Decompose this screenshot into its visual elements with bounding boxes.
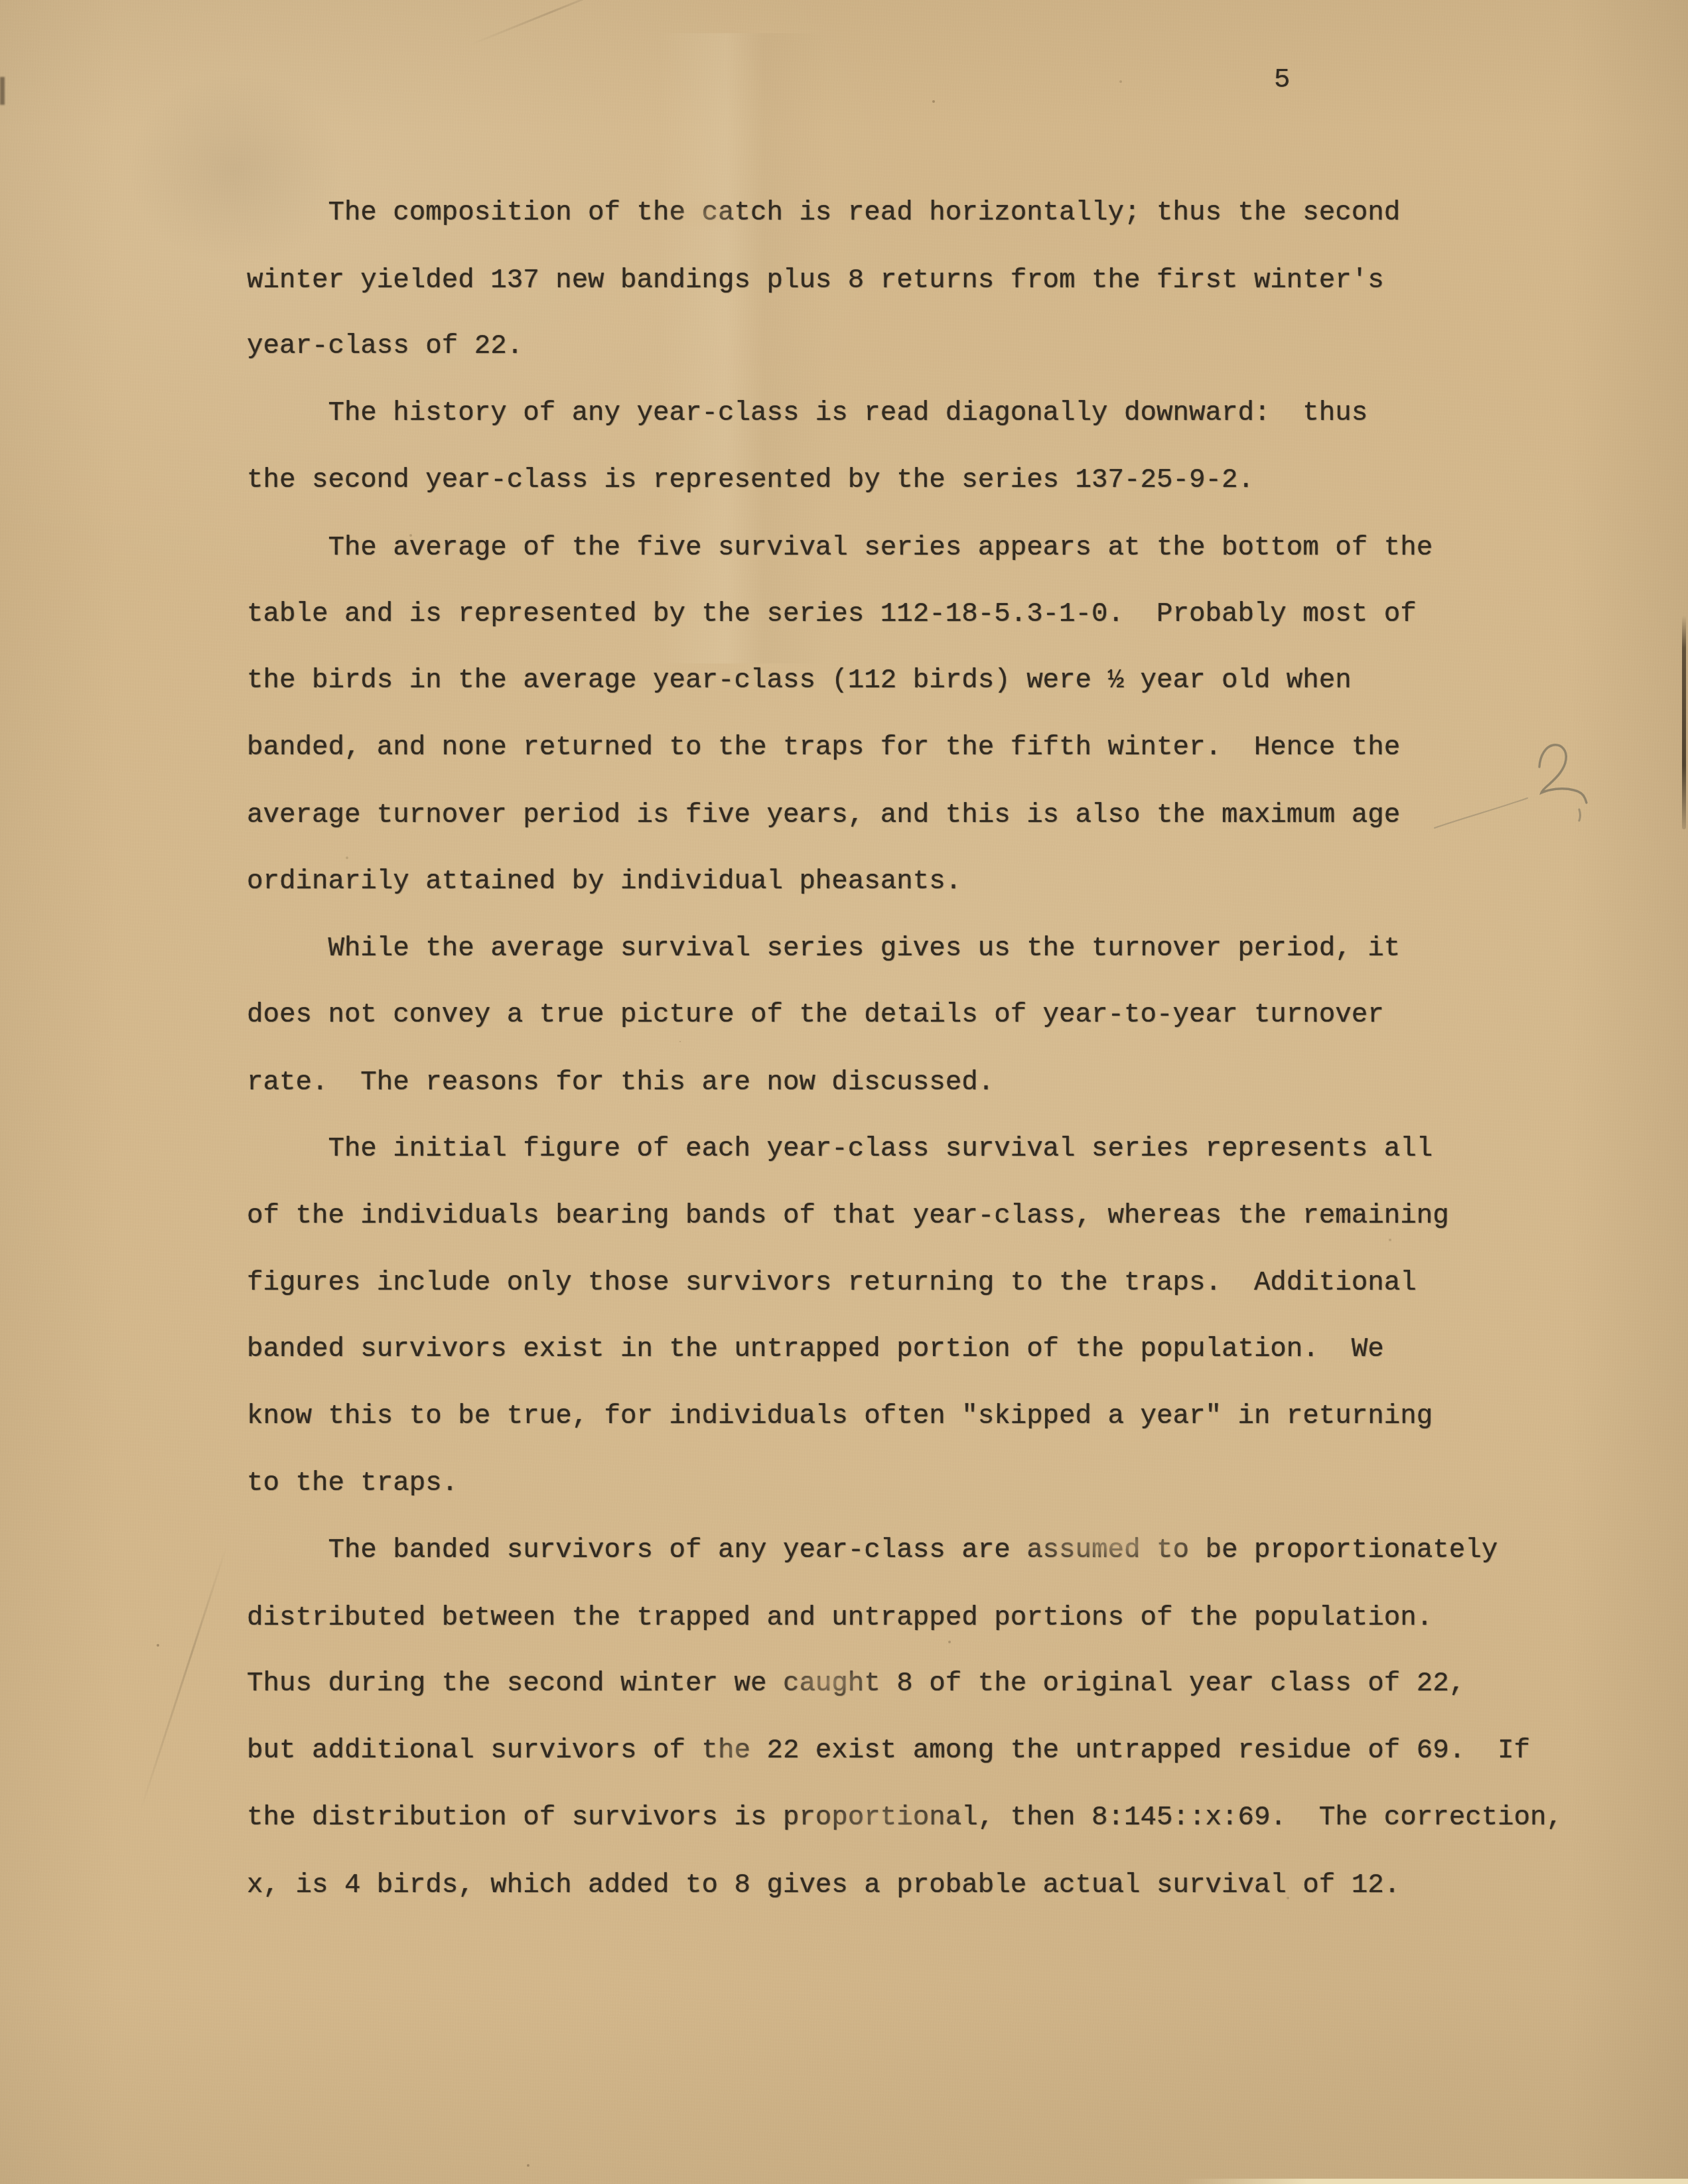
page-number: 5 — [1274, 67, 1290, 94]
paper-crease — [470, 0, 628, 46]
typed-line: rate. The reasons for this are now discu… — [247, 1050, 1607, 1117]
typed-line: The history of any year-class is read di… — [247, 380, 1607, 447]
typed-line: figures include only those survivors ret… — [247, 1250, 1607, 1317]
typed-line: the second year-class is represented by … — [247, 447, 1607, 514]
pencil-numeral-2 — [1539, 745, 1586, 803]
paper-specks — [0, 0, 1, 1]
typed-line: banded, and none returned to the traps f… — [247, 715, 1607, 782]
typed-line: the birds in the average year-class (112… — [247, 648, 1607, 715]
typed-line: ordinarily attained by individual pheasa… — [247, 849, 1607, 916]
typed-line: Thus during the second winter we caught … — [247, 1651, 1607, 1718]
typed-line: The initial figure of each year-class su… — [247, 1116, 1607, 1183]
typed-line: winter yielded 137 new bandings plus 8 r… — [247, 247, 1607, 314]
bottom-edge-highlight — [1181, 2179, 1688, 2184]
typed-line: year-class of 22. — [247, 313, 1607, 380]
typed-line: the distribution of survivors is proport… — [247, 1785, 1607, 1852]
typed-line: The average of the five survival series … — [247, 515, 1607, 582]
typed-line: does not convey a true picture of the de… — [247, 982, 1607, 1049]
typed-line: to the traps. — [247, 1450, 1607, 1517]
pencil-annotation-2 — [1420, 717, 1599, 843]
typed-line: The banded survivors of any year-class a… — [247, 1517, 1607, 1584]
typed-line: The composition of the catch is read hor… — [247, 180, 1607, 247]
typed-line: table and is represented by the series 1… — [247, 581, 1607, 648]
paper-crease — [139, 1546, 228, 1811]
scanned-page: { "page": { "number": "5" }, "pencil_ann… — [0, 0, 1688, 2184]
pencil-tick — [1579, 809, 1581, 821]
pencil-tail — [1435, 798, 1527, 828]
typed-line: average turnover period is five years, a… — [247, 782, 1607, 849]
typed-line: While the average survival series gives … — [247, 916, 1607, 983]
typewritten-text: The composition of the catch is read hor… — [247, 180, 1607, 1919]
typed-line: distributed between the trapped and untr… — [247, 1585, 1607, 1652]
typed-line: x, is 4 birds, which added to 8 gives a … — [247, 1852, 1607, 1919]
right-edge-mark — [1682, 616, 1686, 829]
left-edge-notch — [0, 77, 5, 105]
typed-line: of the individuals bearing bands of that… — [247, 1183, 1607, 1250]
typed-line: but additional survivors of the 22 exist… — [247, 1718, 1607, 1785]
typed-line: banded survivors exist in the untrapped … — [247, 1316, 1607, 1383]
typed-line: know this to be true, for individuals of… — [247, 1383, 1607, 1450]
